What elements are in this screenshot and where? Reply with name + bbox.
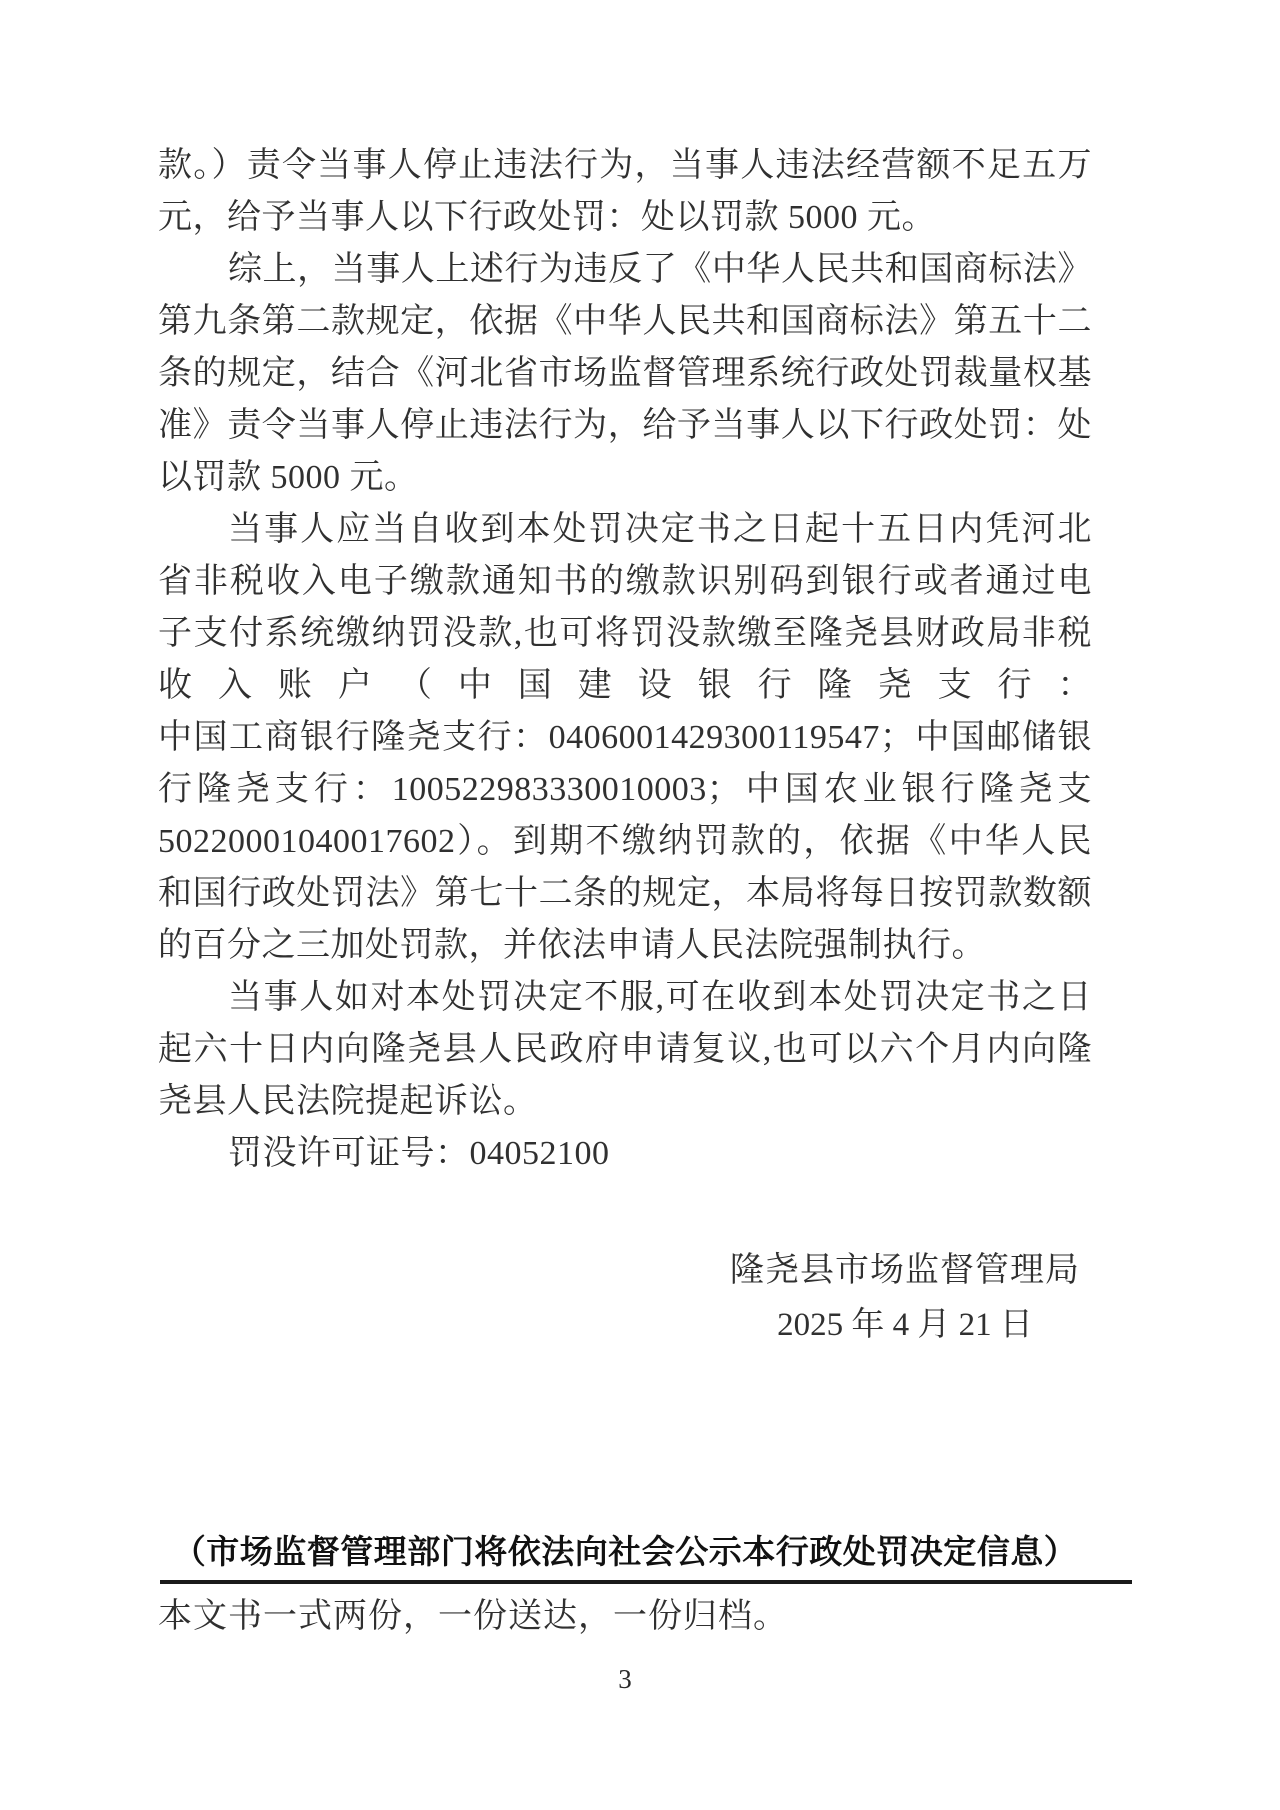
copies-note: 本文书一式两份，一份送达，一份归档。 [158, 1592, 1092, 1642]
horizontal-rule [160, 1580, 1132, 1584]
body-text-line: 罚没许可证号：04052100 [158, 1128, 1092, 1180]
body-text-line: 子支付系统缴纳罚没款,也可将罚没款缴至隆尧县财政局非税 [158, 608, 1092, 660]
body-text-line: 准》责令当事人停止违法行为，给予当事人以下行政处罚：处 [158, 400, 1092, 452]
document-page: 款。）责令当事人停止违法行为，当事人违法经营额不足五万元，给予当事人以下行政处罚… [0, 0, 1280, 1810]
body-text-line: 的百分之三加处罚款，并依法申请人民法院强制执行。 [158, 920, 1092, 972]
public-disclosure-notice: （市场监督管理部门将依法向社会公示本行政处罚决定信息） [158, 1530, 1092, 1574]
body-text-line: 条的规定，结合《河北省市场监督管理系统行政处罚裁量权基 [158, 348, 1092, 400]
body-text-line: 尧县人民法院提起诉讼。 [158, 1076, 1092, 1128]
body-text: 款。）责令当事人停止违法行为，当事人违法经营额不足五万元，给予当事人以下行政处罚… [158, 140, 1092, 1180]
body-text-line: 元，给予当事人以下行政处罚：处以罚款 5000 元。 [158, 192, 1092, 244]
body-text-line: 收入账户（中国建设银行隆尧支行：13001657508058666668； [158, 660, 1092, 712]
body-text-line: 以罚款 5000 元。 [158, 452, 1092, 504]
body-text-line: 行隆尧支行：100522983330010003；中国农业银行隆尧支行： [158, 764, 1092, 816]
body-text-line: 50220001040017602）。到期不缴纳罚款的，依据《中华人民共 [158, 816, 1092, 868]
page-number: 3 [158, 1664, 1092, 1694]
body-text-line: 中国工商银行隆尧支行：0406001429300119547；中国邮储银 [158, 712, 1092, 764]
body-text-line: 起六十日内向隆尧县人民政府申请复议,也可以六个月内向隆 [158, 1024, 1092, 1076]
body-text-line: 第九条第二款规定，依据《中华人民共和国商标法》第五十二 [158, 296, 1092, 348]
body-text-line: 和国行政处罚法》第七十二条的规定，本局将每日按罚款数额 [158, 868, 1092, 920]
body-text-line: 当事人如对本处罚决定不服,可在收到本处罚决定书之日 [158, 972, 1092, 1024]
body-text-line: 款。）责令当事人停止违法行为，当事人违法经营额不足五万 [158, 140, 1092, 192]
body-text-line: 综上，当事人上述行为违反了《中华人民共和国商标法》 [158, 244, 1092, 296]
body-text-line: 当事人应当自收到本处罚决定书之日起十五日内凭河北 [158, 504, 1092, 556]
body-text-line: 省非税收入电子缴款通知书的缴款识别码到银行或者通过电 [158, 556, 1092, 608]
signature-block: 隆尧县市场监督管理局 2025 年 4 月 21 日 [730, 1244, 1080, 1352]
issuing-authority: 隆尧县市场监督管理局 [730, 1244, 1080, 1298]
decision-date: 2025 年 4 月 21 日 [730, 1298, 1080, 1352]
